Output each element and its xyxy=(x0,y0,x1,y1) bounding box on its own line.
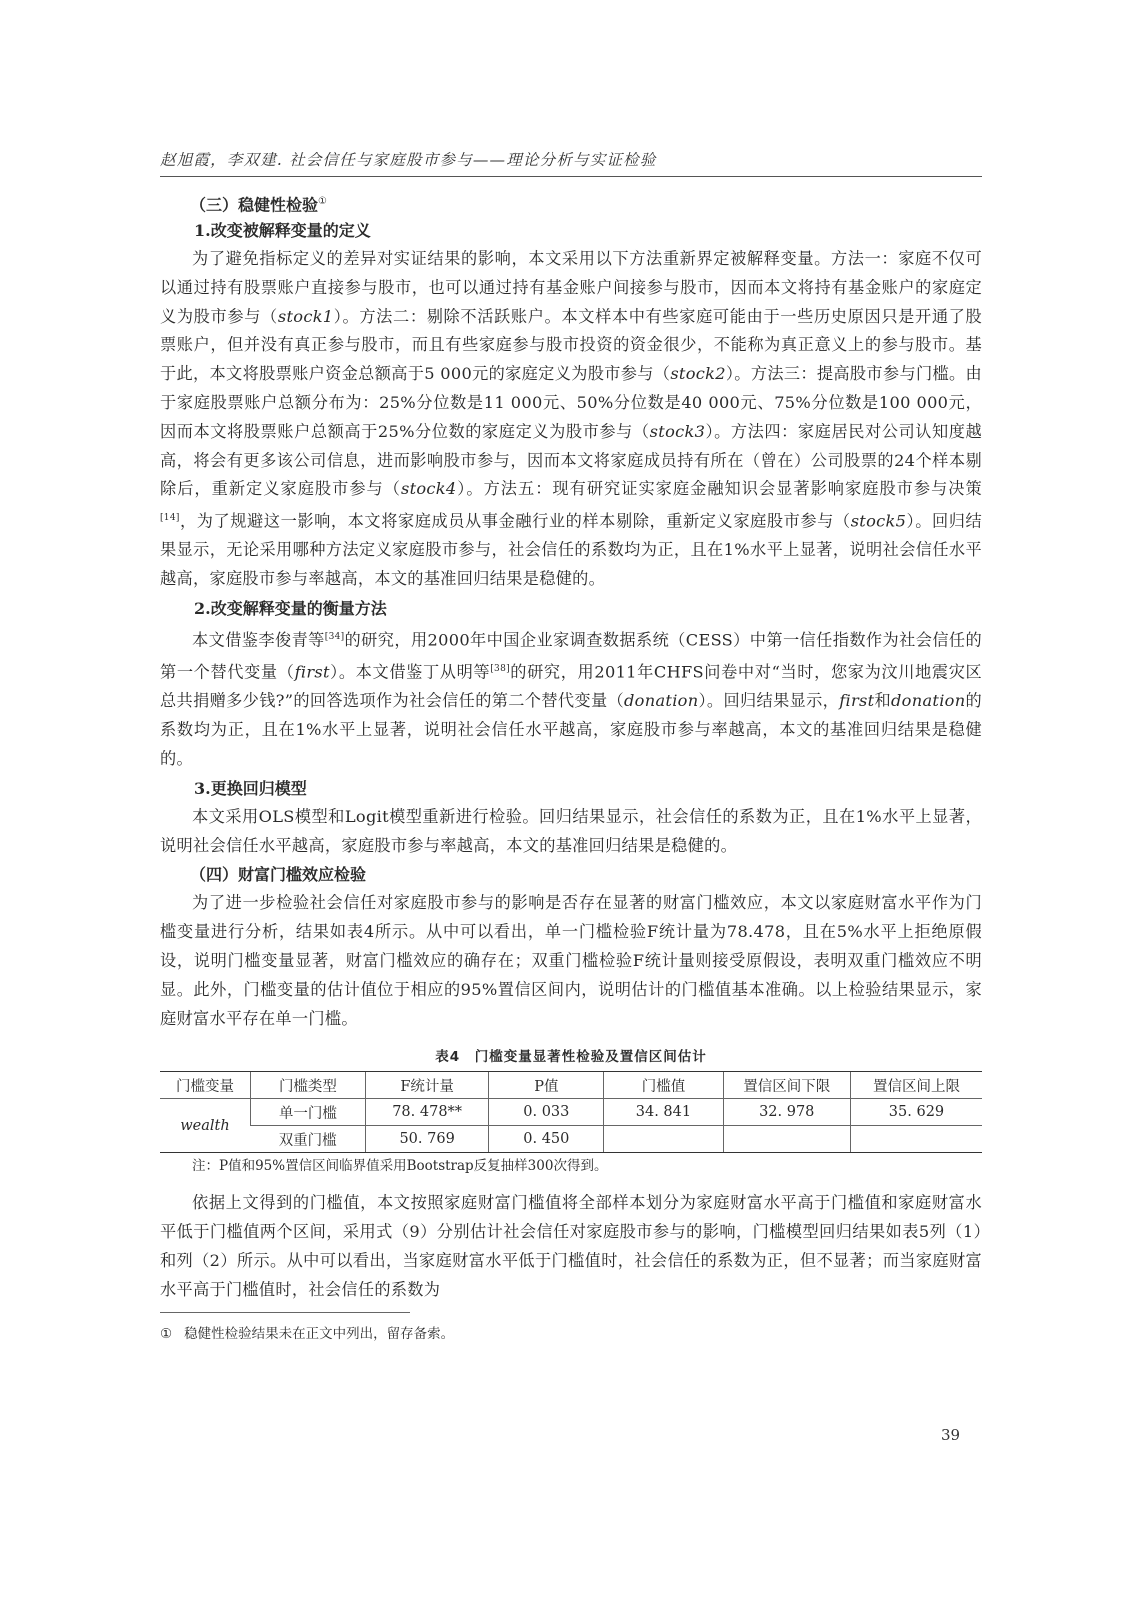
table-cell xyxy=(604,1126,723,1153)
column-header: P值 xyxy=(489,1072,604,1099)
section-title: （三）稳健性检验 xyxy=(190,195,318,214)
text-run: ）。本文借鉴丁从明等 xyxy=(330,663,490,682)
table-cell: 35. 629 xyxy=(850,1099,982,1126)
variable-name: donation xyxy=(891,691,965,710)
footnote-divider xyxy=(160,1312,410,1313)
robustness-section: （三）稳健性检验① 1.改变被解释变量的定义 为了避免指标定义的差异对实证结果的… xyxy=(160,187,982,860)
text-run: 本文借鉴李俊青等 xyxy=(192,630,325,649)
table-cell xyxy=(850,1126,982,1153)
table-cell: 0. 033 xyxy=(489,1099,604,1126)
paper-page: 赵旭霞，李双建. 社会信任与家庭股市参与——理论分析与实证检验 （三）稳健性检验… xyxy=(160,148,982,1345)
subsection-heading-regression-model: 3.更换回归模型 xyxy=(160,774,982,803)
table-cell: 单一门槛 xyxy=(250,1099,365,1126)
table-header-row: 门槛变量 门槛类型 F统计量 P值 门槛值 置信区间下限 置信区间上限 xyxy=(160,1072,982,1099)
column-header: 置信区间下限 xyxy=(723,1072,850,1099)
table-cell: 32. 978 xyxy=(723,1099,850,1126)
footnote-text: 稳健性检验结果未在正文中列出，留存备索。 xyxy=(184,1326,454,1342)
variable-name: stock5 xyxy=(851,512,907,531)
table-cell: 0. 450 xyxy=(489,1126,604,1153)
text-run: ）。回归结果显示， xyxy=(698,691,839,710)
table-cell xyxy=(723,1126,850,1153)
table-note: 注：P值和95%置信区间临界值采用Bootstrap反复抽样300次得到。 xyxy=(160,1153,982,1179)
column-header: 门槛变量 xyxy=(160,1072,250,1099)
table-row: 双重门槛 50. 769 0. 450 xyxy=(160,1126,982,1153)
variable-name: first xyxy=(839,691,874,710)
subsection-heading-dependent-variable: 1.改变被解释变量的定义 xyxy=(160,216,982,245)
table-caption: 表4 门槛变量显著性检验及置信区间估计 xyxy=(160,1045,982,1069)
section-heading-robustness: （三）稳健性检验① xyxy=(160,187,982,216)
variable-name: stock4 xyxy=(401,479,457,498)
variable-name: stock1 xyxy=(278,307,334,326)
paragraph-explanatory-variable: 本文借鉴李俊青等[34]的研究，用2000年中国企业家调查数据系统（CESS）中… xyxy=(160,623,982,774)
paragraph-regression-model: 本文采用OLS模型和Logit模型重新进行检验。回归结果显示，社会信任的系数为正… xyxy=(160,803,982,861)
text-run: 和 xyxy=(874,691,891,710)
column-header: 置信区间上限 xyxy=(850,1072,982,1099)
citation-ref[interactable]: [38] xyxy=(490,664,510,674)
citation-ref[interactable]: [14] xyxy=(160,513,180,523)
citation-ref[interactable]: [34] xyxy=(325,632,345,642)
subsection-heading-explanatory-variable: 2.改变解释变量的衡量方法 xyxy=(160,594,982,623)
threshold-table: 门槛变量 门槛类型 F统计量 P值 门槛值 置信区间下限 置信区间上限 weal… xyxy=(160,1071,982,1153)
table-cell: 50. 769 xyxy=(365,1126,488,1153)
table-cell: 34. 841 xyxy=(604,1099,723,1126)
page-number: 39 xyxy=(941,1426,960,1444)
table-row: wealth 单一门槛 78. 478** 0. 033 34. 841 32.… xyxy=(160,1099,982,1126)
running-head: 赵旭霞，李双建. 社会信任与家庭股市参与——理论分析与实证检验 xyxy=(160,148,982,177)
variable-name: stock2 xyxy=(670,364,726,383)
footnote-marker: ① xyxy=(160,1326,172,1342)
footnote: ①稳健性检验结果未在正文中列出，留存备索。 xyxy=(160,1323,982,1345)
variable-name: stock3 xyxy=(650,422,706,441)
column-header: 门槛值 xyxy=(604,1072,723,1099)
table-cell-variable: wealth xyxy=(160,1099,250,1153)
variable-name: first xyxy=(295,663,330,682)
threshold-section: （四）财富门槛效应检验 为了进一步检验社会信任对家庭股市参与的影响是否存在显著的… xyxy=(160,860,982,1033)
text-run: ）。方法五：现有研究证实家庭金融知识会显著影响家庭股市参与决策 xyxy=(457,479,982,498)
footnote-marker[interactable]: ① xyxy=(318,196,327,207)
table-cell: 双重门槛 xyxy=(250,1126,365,1153)
paragraph-closing: 依据上文得到的门槛值，本文按照家庭财富门槛值将全部样本划分为家庭财富水平高于门槛… xyxy=(160,1189,982,1304)
variable-name: donation xyxy=(624,691,698,710)
section-heading-threshold: （四）财富门槛效应检验 xyxy=(160,860,982,889)
text-run: ，为了规避这一影响，本文将家庭成员从事金融行业的样本剔除，重新定义家庭股市参与（ xyxy=(180,512,851,531)
paragraph-dependent-variable: 为了避免指标定义的差异对实证结果的影响，本文采用以下方法重新界定被解释变量。方法… xyxy=(160,245,982,594)
paragraph-threshold: 为了进一步检验社会信任对家庭股市参与的影响是否存在显著的财富门槛效应，本文以家庭… xyxy=(160,889,982,1033)
table-cell: 78. 478** xyxy=(365,1099,488,1126)
column-header: F统计量 xyxy=(365,1072,488,1099)
column-header: 门槛类型 xyxy=(250,1072,365,1099)
